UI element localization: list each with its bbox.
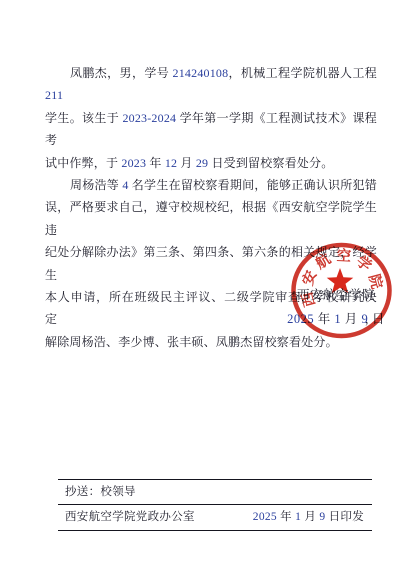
paragraph1-line2: 学生。该生于 2023-2024 学年第一学期《工程测试技术》课程考 <box>45 107 377 152</box>
seal-star-icon <box>327 268 354 293</box>
paragraph1-line3: 试中作弊，于 2023 年 12 月 29 日受到留校察看处分。 <box>45 152 377 174</box>
cc-row: 抄送：校领导 <box>58 479 372 505</box>
footer-block: 抄送：校领导 西安航空学院党政办公室 2025 年 1 月 9 日印发 <box>58 479 372 531</box>
seal-arc-char: 西 <box>299 290 319 309</box>
paragraph2-line2: 误，严格要求自己，遵守校规校纪，根据《西安航空学院学生违 <box>45 196 377 241</box>
document-page: 凤鹏杰，男，学号 214240108，机械工程学院机器人工程 211 学生。该生… <box>0 0 420 562</box>
issue-date: 2025 年 1 月 9 日印发 <box>253 505 364 530</box>
issuing-office: 西安航空学院党政办公室 <box>65 505 195 530</box>
official-seal-stamp: 西 安 航 空 学 院 <box>290 242 394 340</box>
paragraph1-line1: 凤鹏杰，男，学号 214240108，机械工程学院机器人工程 211 <box>45 62 377 107</box>
seal-arc-char: 安 <box>298 267 320 287</box>
issue-row: 西安航空学院党政办公室 2025 年 1 月 9 日印发 <box>58 505 372 531</box>
seal-arc-char: 空 <box>336 246 352 265</box>
cc-label: 抄送：校领导 <box>65 486 136 498</box>
seal-arc-char: 院 <box>365 272 386 291</box>
paragraph2-line1: 周杨浩等 4 名学生在留校察看期间，能够正确认识所犯错 <box>45 174 377 196</box>
